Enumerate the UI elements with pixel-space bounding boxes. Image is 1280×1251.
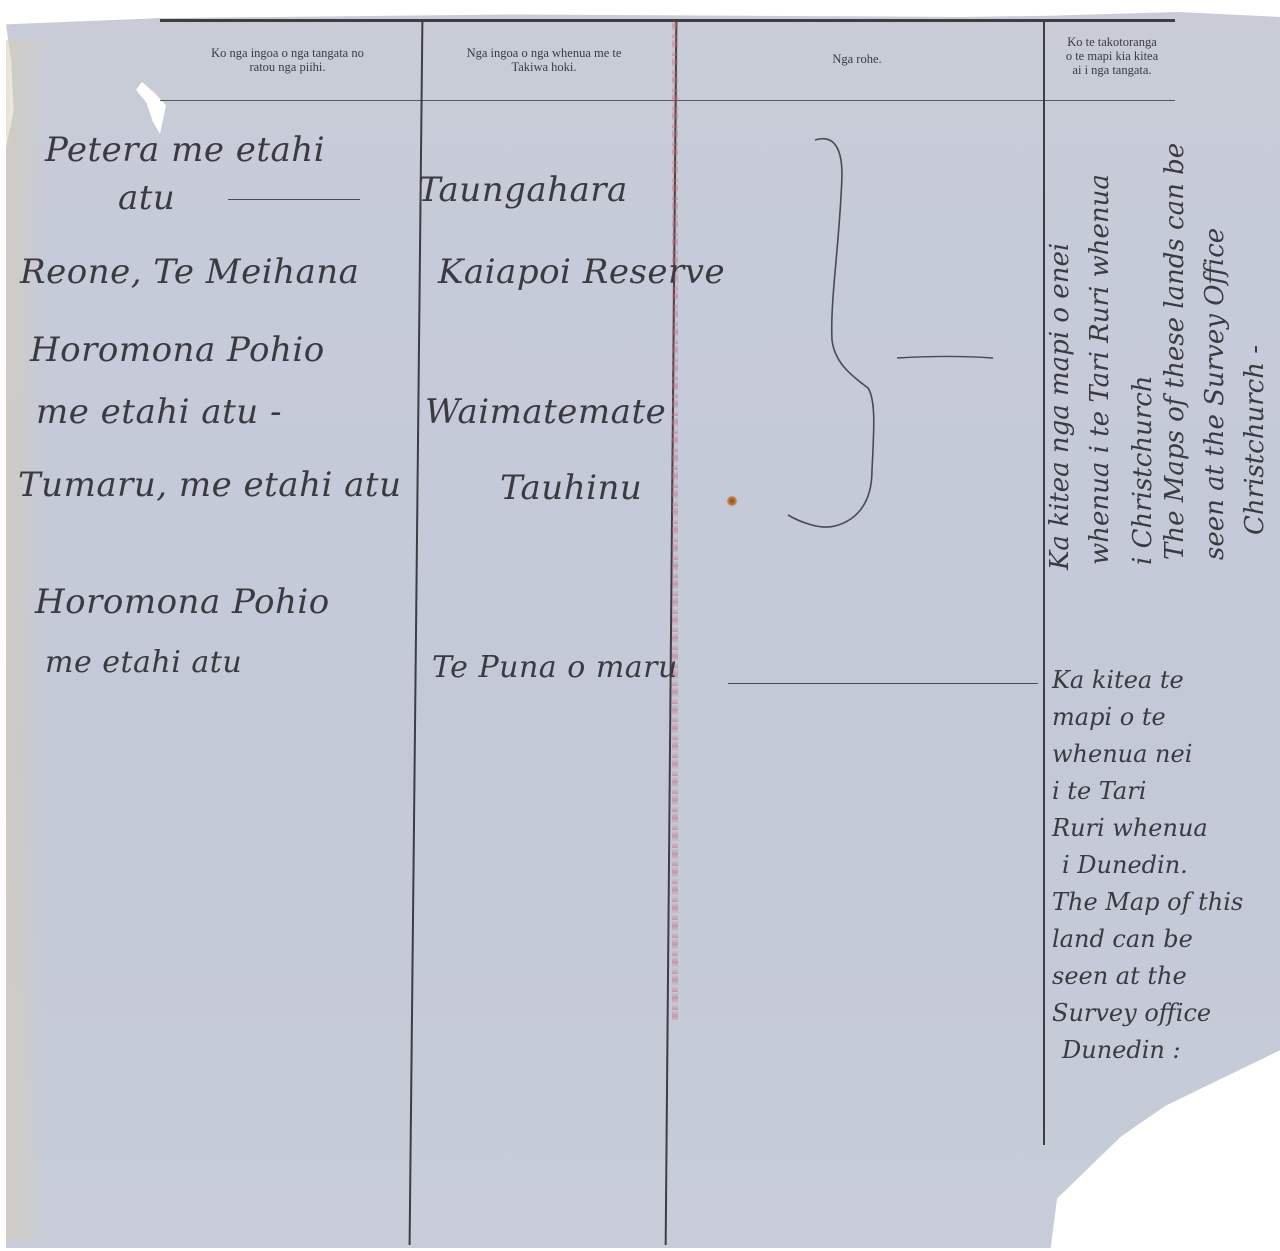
header-map-location: Ko te takotoranga o te mapi kia kitea ai… — [1044, 35, 1180, 77]
entry-4-land: Tauhinu — [500, 468, 642, 508]
map-note-christchurch: Ka kitea nga mapi o enei whenua i te Tar… — [1040, 95, 1280, 575]
header-boundaries: Nga rohe. — [672, 52, 1042, 66]
map-note-2-line4: i te Tari — [1052, 773, 1272, 810]
red-margin-line — [672, 20, 678, 1020]
paper-fold-stain — [6, 40, 46, 1240]
entry-5-owner-line1: Horomona Pohio — [35, 582, 330, 622]
boundary-brace — [780, 130, 1000, 540]
header-owners-line2: ratou nga piihi. — [160, 60, 415, 74]
header-land-line2: Takiwa hoki. — [418, 60, 670, 74]
map-note-1-line5: seen at the Survey Office — [1200, 228, 1230, 560]
map-note-2-line6: i Dunedin. — [1052, 847, 1272, 884]
entry-2-owner: Reone, Te Meihana — [20, 252, 359, 292]
header-map-line2: o te mapi kia kitea — [1044, 49, 1180, 63]
map-note-2-line1: Ka kitea te — [1052, 662, 1272, 699]
map-note-2-line3: whenua nei — [1052, 736, 1272, 773]
entry-5-boundary-dash — [728, 683, 1038, 684]
header-owners-line1: Ko nga ingoa o nga tangata no — [160, 46, 415, 60]
header-bottom-rule — [160, 100, 1175, 101]
entry-3-owner-line1: Horomona Pohio — [30, 330, 325, 370]
entry-1-dash — [228, 199, 360, 200]
entry-1-owner-line2: atu — [118, 178, 175, 218]
map-note-2-line11: Dunedin : — [1052, 1032, 1272, 1069]
entry-2-land: Kaiapoi Reserve — [438, 252, 725, 292]
entry-3-land: Waimatemate — [425, 392, 666, 432]
entry-1-land: Taungahara — [418, 170, 628, 210]
map-note-dunedin: Ka kitea te mapi o te whenua nei i te Ta… — [1052, 662, 1272, 1069]
map-note-1-line3: i Christchurch — [1128, 375, 1158, 565]
map-note-2-line5: Ruri whenua — [1052, 810, 1272, 847]
header-top-rule — [160, 19, 1175, 22]
entry-4-owner: Tumaru, me etahi atu — [18, 465, 402, 505]
header-boundaries-line1: Nga rohe. — [672, 52, 1042, 66]
entry-3-owner-line2: me etahi atu - — [36, 392, 282, 432]
ink-spot — [727, 496, 737, 506]
header-map-line1: Ko te takotoranga — [1044, 35, 1180, 49]
map-note-1-line4: The Maps of these lands can be — [1160, 143, 1190, 560]
map-note-2-line10: Survey office — [1052, 995, 1272, 1032]
header-owners: Ko nga ingoa o nga tangata no ratou nga … — [160, 46, 415, 74]
header-land-names: Nga ingoa o nga whenua me te Takiwa hoki… — [418, 46, 670, 74]
header-map-line3: ai i nga tangata. — [1044, 63, 1180, 77]
header-land-line1: Nga ingoa o nga whenua me te — [418, 46, 670, 60]
entry-5-land: Te Puna o maru — [432, 650, 678, 685]
map-note-2-line7: The Map of this — [1052, 884, 1272, 921]
map-note-2-line2: mapi o te — [1052, 699, 1272, 736]
map-note-2-line9: seen at the — [1052, 958, 1272, 995]
map-note-1-line1: Ka kitea nga mapi o enei — [1045, 243, 1075, 570]
map-note-1-line6: Christchurch - — [1240, 345, 1270, 535]
entry-1-owner-line1: Petera me etahi — [45, 130, 325, 170]
entry-5-owner-line2: me etahi atu — [45, 645, 242, 680]
map-note-1-line2: whenua i te Tari Ruri whenua — [1085, 174, 1115, 565]
map-note-2-line8: land can be — [1052, 921, 1272, 958]
